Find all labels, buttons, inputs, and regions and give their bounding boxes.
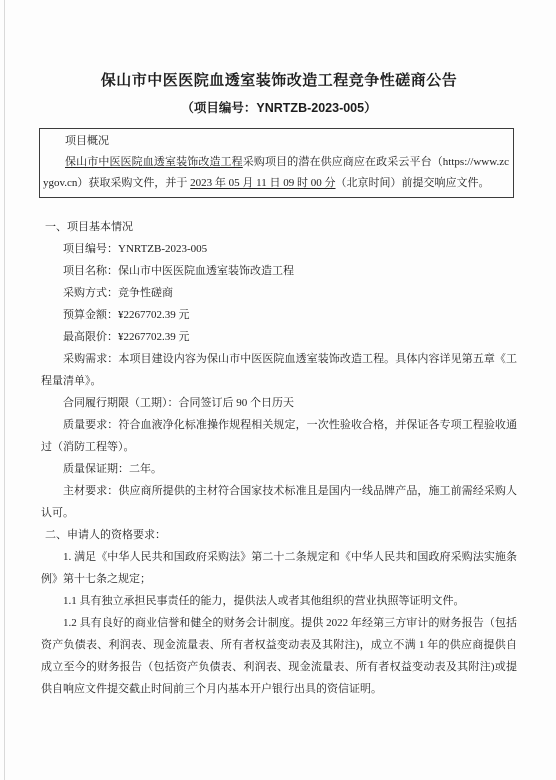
para-procurement-method: 采购方式：竞争性磋商: [41, 282, 517, 304]
overview-intro-paragraph: 保山市中医医院血透室装饰改造工程采购项目的潜在供应商应在政采云平台（https:…: [43, 152, 509, 194]
para-qualification-1-1: 1.1 具有独立承担民事责任的能力，提供法人或者其他组织的营业执照等证明文件。: [41, 590, 517, 612]
para-project-number: 项目编号：YNRTZB-2023-005: [41, 238, 517, 260]
para-procurement-requirements: 采购需求：本项目建设内容为保山市中医医院血透室装饰改造工程。具体内容详见第五章《…: [41, 348, 517, 392]
para-qualification-1: 1. 满足《中华人民共和国政府采购法》第二十二条规定和《中华人民共和国政府采购法…: [41, 546, 517, 590]
para-contract-period: 合同履行期限（工期）：合同签订后 90 个日历天: [41, 392, 517, 414]
para-qualification-1-2: 1.2 具有良好的商业信誉和健全的财务会计制度。提供 2022 年经第三方审计的…: [41, 612, 517, 700]
overview-heading: 项目概况: [43, 131, 509, 152]
overview-intro-tail-text: （北京时间）前提交响应文件。: [336, 177, 490, 189]
para-quality-requirements: 质量要求：符合血液净化标准操作规程相关规定，一次性验收合格，并保证各专项工程验收…: [41, 414, 517, 458]
para-budget-amount: 预算金额：¥2267702.39 元: [41, 304, 517, 326]
section-heading-basic-info: 一、项目基本情况: [41, 216, 517, 238]
document-title: 保山市中医医院血透室装饰改造工程竞争性磋商公告: [41, 71, 517, 91]
project-number-subtitle: （项目编号：YNRTZB-2023-005）: [41, 100, 517, 116]
para-warranty-period: 质量保证期：二年。: [41, 458, 517, 480]
submission-deadline-underline: 2023 年 05 月 11 日 09 时 00 分: [190, 177, 335, 189]
document-body: 一、项目基本情况 项目编号：YNRTZB-2023-005 项目名称：保山市中医…: [41, 216, 517, 700]
para-project-name: 项目名称：保山市中医医院血透室装饰改造工程: [41, 260, 517, 282]
para-max-price-limit: 最高限价：¥2267702.39 元: [41, 326, 517, 348]
scanned-document-page: 保山市中医医院血透室装饰改造工程竞争性磋商公告 （项目编号：YNRTZB-202…: [0, 0, 556, 780]
document-content: 保山市中医医院血透室装饰改造工程竞争性磋商公告 （项目编号：YNRTZB-202…: [41, 0, 517, 700]
project-name-underline: 保山市中医医院血透室装饰改造工程: [65, 156, 243, 168]
section-heading-applicant-qualifications: 二、申请人的资格要求：: [41, 524, 517, 546]
para-material-requirements: 主材要求：供应商所提供的主材符合国家技术标准且是国内一线品牌产品，施工前需经采购…: [41, 480, 517, 524]
scan-left-edge-artifact: [4, 0, 5, 780]
project-overview-box: 项目概况 保山市中医医院血透室装饰改造工程采购项目的潜在供应商应在政采云平台（h…: [39, 128, 514, 198]
